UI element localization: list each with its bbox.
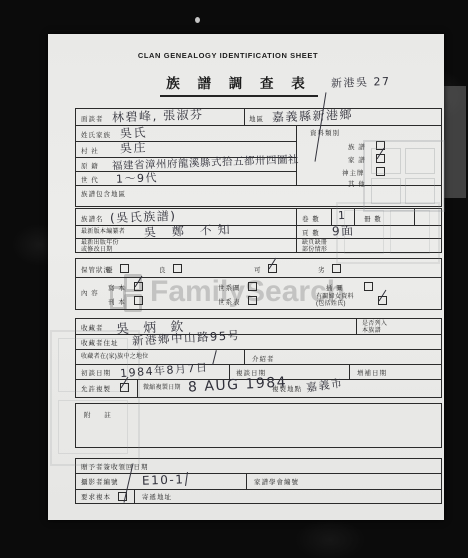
- pub-date-label-line1: 最新出版年份: [81, 240, 119, 246]
- condition-checkbox: [173, 264, 182, 273]
- clan-label: 姓氏家族: [81, 130, 111, 139]
- grid-line: [76, 141, 296, 142]
- genealogy-title-label: 族譜名: [81, 214, 104, 223]
- grid-line: [296, 209, 297, 252]
- content-checkbox: [364, 282, 373, 291]
- village-value: 吳庄: [120, 139, 148, 157]
- content-option-label: 有關婦女資料 (包括姓氏): [316, 294, 354, 307]
- content-checkbox: [248, 282, 257, 291]
- material-option-label: 神主牌: [342, 168, 365, 177]
- material-type-header: 資料類別: [310, 128, 340, 137]
- grid-line: [244, 349, 245, 364]
- condition-option-label: 可: [254, 265, 262, 274]
- society-number-label: 家譜學會編號: [254, 477, 299, 486]
- scanner-edge-artifact: [443, 86, 466, 198]
- grid-line: [134, 489, 135, 503]
- grid-line: [246, 473, 247, 489]
- region-value: 嘉義縣新港鄉: [272, 106, 354, 126]
- handwritten-reference: 新港吳 27: [331, 73, 391, 91]
- condition-option-label: 良: [159, 265, 167, 274]
- content-option-label: 世系表: [218, 297, 241, 306]
- content-option-label: 寫 本: [108, 283, 126, 292]
- interviewer-value: 林碧峰, 張淑芬: [112, 105, 204, 125]
- pub-date-label: 最新出版年份 或修改日期: [81, 240, 119, 253]
- library-stamp: [50, 330, 140, 466]
- content-checkbox: [134, 296, 143, 305]
- women-records-note: (包括姓氏): [316, 301, 346, 307]
- content-checkbox: [248, 296, 257, 305]
- grid-line: [244, 109, 245, 125]
- copy-place-value: 嘉義市: [305, 374, 344, 395]
- generations-value: 1～9代: [116, 169, 159, 186]
- missing-label-line2: 部份情形: [302, 247, 327, 253]
- section-condition-content: 保管狀況 優 良 可 劣 內 容 寫 本 刊 本 世系圖 世系表 插 圖 有關婦…: [75, 258, 442, 310]
- chinese-title: 族 譜 調 查 表: [160, 72, 318, 97]
- missing-label-line1: 缺頁缺冊: [302, 240, 327, 246]
- coverage-label: 族譜包含地區: [81, 189, 126, 198]
- english-title: CLAN GENEALOGY IDENTIFICATION SHEET: [48, 51, 408, 60]
- included-in-genealogy-label: 是否列入 本族譜: [362, 321, 387, 334]
- interviewer-label: 面談者: [81, 114, 104, 123]
- photographer-number-value: E10-1: [142, 472, 185, 487]
- photographer-number-label: 攝影者編號: [81, 477, 119, 486]
- supplement-date-label: 增補日期: [357, 368, 387, 377]
- grid-line: [76, 489, 441, 490]
- content-option-label: 刊 本: [108, 297, 126, 306]
- included-label-line2: 本族譜: [362, 328, 381, 334]
- missing-pages-label: 缺頁缺冊 部份情形: [302, 240, 327, 253]
- origin-label: 原 籍: [81, 161, 99, 170]
- region-label: 地區: [249, 114, 264, 123]
- grid-line: [76, 171, 296, 172]
- included-label-line1: 是否列入: [362, 321, 387, 327]
- document-page: FamilySearch CLAN GENEALOGY IDENTIFICATI…: [48, 34, 444, 520]
- library-stamp: [336, 202, 440, 264]
- condition-checkbox: [120, 264, 129, 273]
- women-records-label: 有關婦女資料: [316, 294, 354, 300]
- content-label: 內 容: [81, 288, 99, 297]
- condition-option-label: 優: [106, 265, 114, 274]
- pen-stroke: [212, 350, 217, 365]
- grid-line: [76, 277, 441, 278]
- mailing-address-label: 寄遞地址: [142, 492, 172, 501]
- content-option-label: 世系圖: [218, 283, 241, 292]
- compiler-value: 吳 鄭 不知: [144, 220, 236, 240]
- grid-line: [349, 364, 350, 379]
- microfilm-date-label: 微縮複製日期: [143, 385, 181, 392]
- condition-option-label: 劣: [318, 265, 326, 274]
- scan-speck: [195, 17, 200, 23]
- compiler-label: 最新版本編纂者: [81, 229, 125, 236]
- content-option-label: 插 圖: [326, 283, 344, 292]
- scan-background: FamilySearch CLAN GENEALOGY IDENTIFICATI…: [0, 0, 468, 558]
- grid-line: [356, 319, 357, 334]
- volumes-label: 卷 數: [302, 214, 320, 223]
- copy-request-label: 要求複本: [81, 492, 111, 501]
- condition-checkbox: [332, 264, 341, 273]
- introducer-label: 介紹者: [252, 354, 275, 363]
- generations-label: 世 代: [81, 175, 99, 184]
- village-label: 村 社: [81, 146, 99, 155]
- copy-place-label: 複製地點: [272, 384, 302, 393]
- pub-date-label-line2: 或修改日期: [81, 247, 113, 253]
- pages-label: 頁 數: [302, 228, 320, 237]
